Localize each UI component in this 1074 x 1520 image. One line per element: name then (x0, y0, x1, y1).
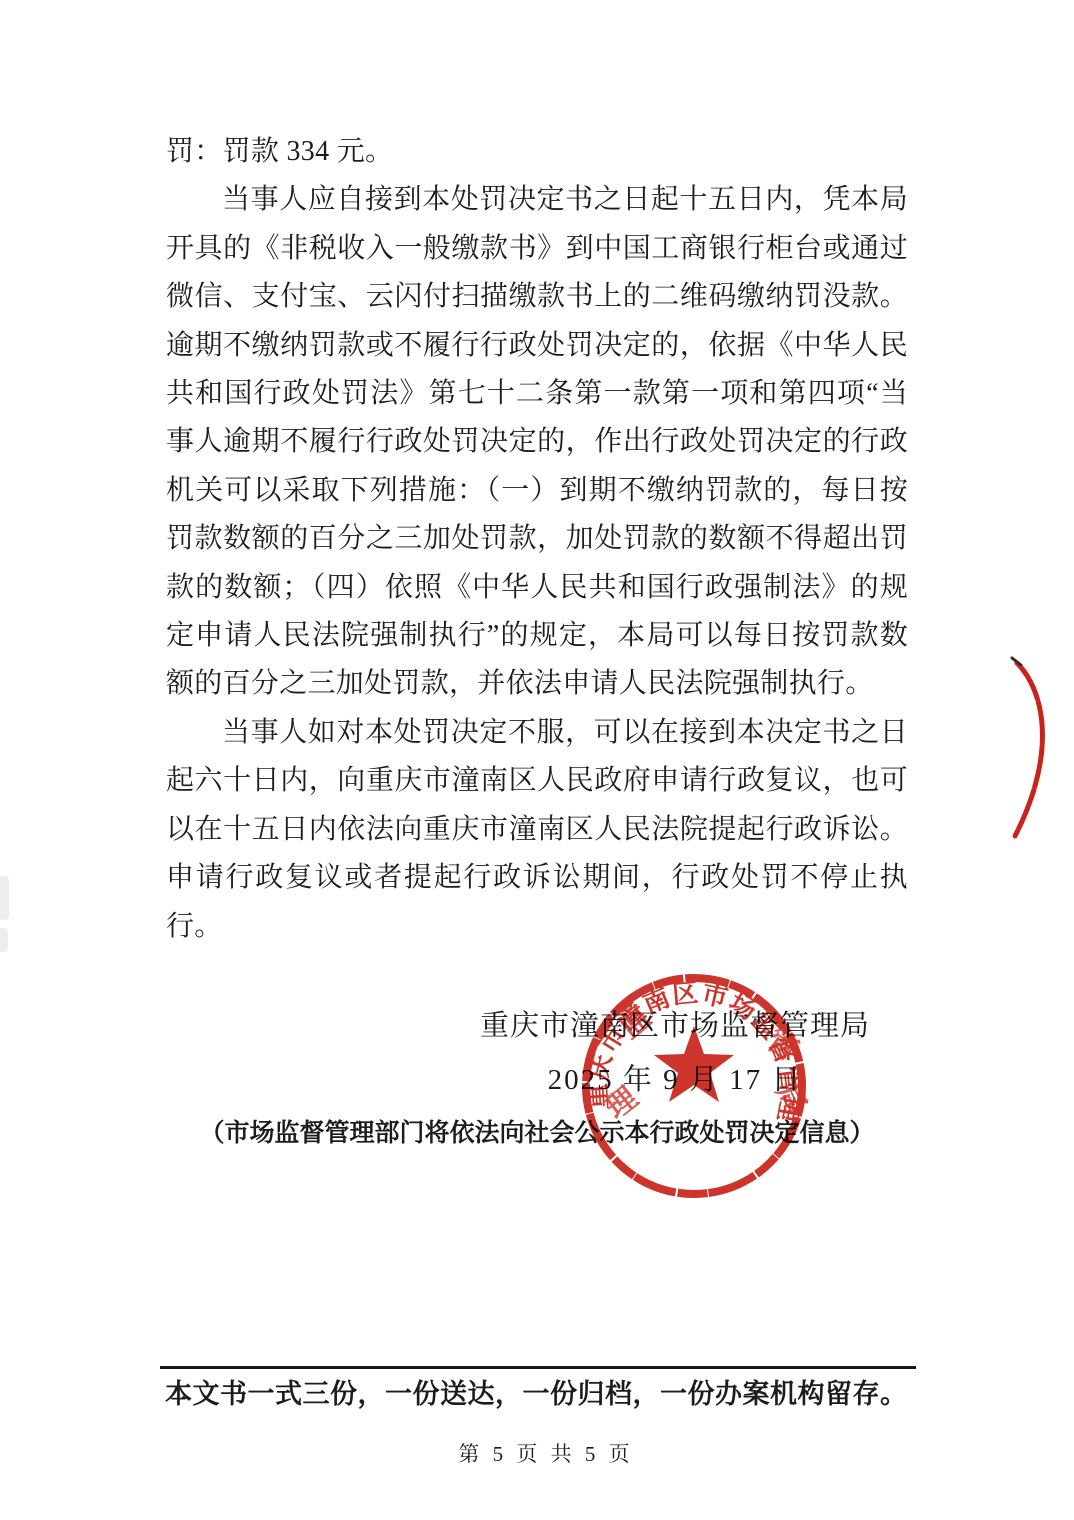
seal-star-icon (654, 1026, 734, 1102)
footer-rule (160, 1366, 916, 1369)
right-edge-stamp-arc (998, 652, 1074, 848)
body-paragraph: 当事人如对本处罚决定不服，可以在接到本决定书之日起六十日内，向重庆市潼南区人民政… (166, 709, 908, 951)
official-seal: 重庆市潼南区市场监督管理局 理 管 局 监 (572, 962, 816, 1208)
scan-artifact-left (0, 928, 8, 952)
page-number: 第 5 页 共 5 页 (166, 1438, 926, 1468)
document-page: 罚：罚款 334 元。 当事人应自接到本处罚决定书之日起十五日内，凭本局开具的《… (0, 0, 1074, 1520)
body-paragraph: 罚：罚款 334 元。 (166, 128, 908, 176)
copies-note: 本文书一式三份，一份送达，一份归档，一份办案机构留存。 (165, 1374, 925, 1414)
scan-artifact-left (0, 876, 9, 920)
body-paragraph: 当事人应自接到本处罚决定书之日起十五日内，凭本局开具的《非税收入一般缴款书》到中… (166, 176, 908, 708)
body-text: 罚：罚款 334 元。 当事人应自接到本处罚决定书之日起十五日内，凭本局开具的《… (166, 128, 908, 951)
